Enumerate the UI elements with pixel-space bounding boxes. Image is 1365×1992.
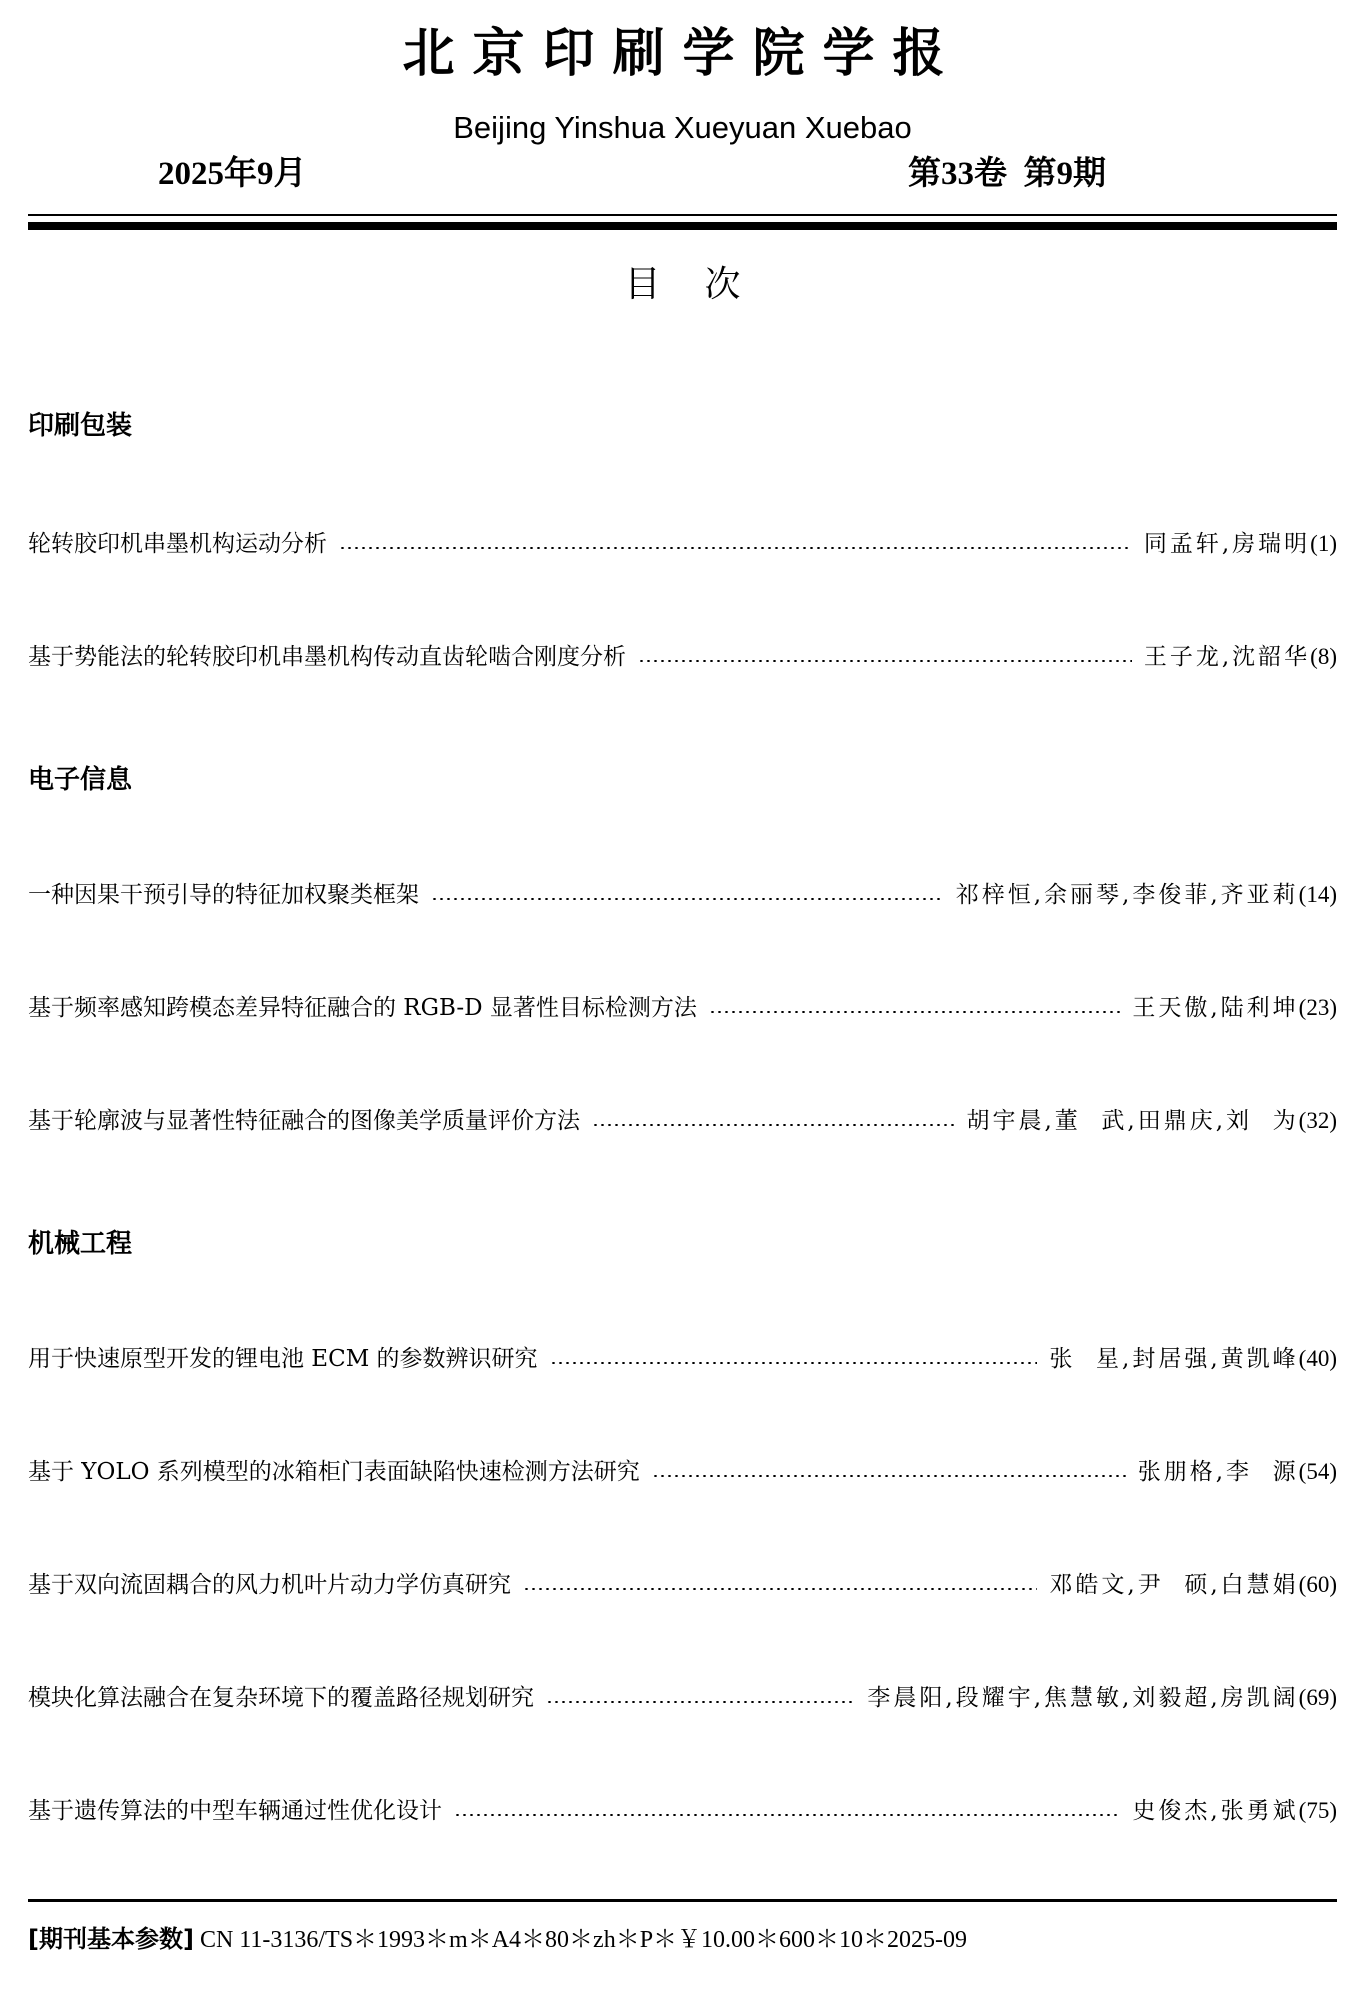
dot-leader [550, 1362, 1038, 1364]
entry-page: (14) [1299, 878, 1337, 912]
entry-authors: 邓皓文,尹 硕,白慧娟 [1049, 1568, 1298, 1602]
entry-authors: 张朋格,李 源 [1138, 1455, 1299, 1489]
toc-entry[interactable]: 轮转胶印机串墨机构运动分析 同孟轩,房瑞明 (1) [28, 527, 1337, 561]
issue-date: 2025年9月 [158, 152, 307, 196]
dot-leader [546, 1701, 855, 1703]
footer-rule [28, 1899, 1337, 1902]
entry-page: (32) [1299, 1104, 1337, 1138]
journal-title: 北京印刷学院学报 [0, 22, 1365, 86]
entry-authors: 李晨阳,段耀宇,焦慧敏,刘毅超,房凯阔 [867, 1681, 1298, 1715]
entry-page: (69) [1299, 1681, 1337, 1715]
entry-title[interactable]: 用于快速原型开发的锂电池 ECM 的参数辨识研究 [28, 1342, 538, 1376]
volume-issue: 第33卷 第9期 [908, 152, 1106, 196]
entry-title[interactable]: 基于频率感知跨模态差异特征融合的 RGB-D 显著性目标检测方法 [28, 991, 697, 1025]
dot-leader [709, 1011, 1121, 1013]
entry-authors: 王天傲,陆利坤 [1132, 991, 1298, 1025]
toc-entry[interactable]: 基于遗传算法的中型车辆通过性优化设计 史俊杰,张勇斌 (75) [28, 1794, 1337, 1828]
dot-leader [592, 1124, 954, 1126]
entry-title[interactable]: 基于势能法的轮转胶印机串墨机构传动直齿轮啮合刚度分析 [28, 640, 626, 674]
toc-entry[interactable]: 基于双向流固耦合的风力机叶片动力学仿真研究 邓皓文,尹 硕,白慧娟 (60) [28, 1568, 1337, 1602]
dot-leader [523, 1588, 1037, 1590]
entry-title[interactable]: 基于轮廓波与显著性特征融合的图像美学质量评价方法 [28, 1104, 580, 1138]
entry-authors: 同孟轩,房瑞明 [1144, 527, 1310, 561]
toc-entry[interactable]: 基于 YOLO 系列模型的冰箱柜门表面缺陷快速检测方法研究 张朋格,李 源 (5… [28, 1455, 1337, 1489]
entry-title[interactable]: 基于 YOLO 系列模型的冰箱柜门表面缺陷快速检测方法研究 [28, 1455, 640, 1489]
entry-title[interactable]: 基于遗传算法的中型车辆通过性优化设计 [28, 1794, 442, 1828]
entry-page: (60) [1299, 1568, 1337, 1602]
section-label-electronic-information: 电子信息 [28, 764, 132, 796]
toc-entry[interactable]: 用于快速原型开发的锂电池 ECM 的参数辨识研究 张 星,封居强,黄凯峰 (40… [28, 1342, 1337, 1376]
toc-entry[interactable]: 模块化算法融合在复杂环境下的覆盖路径规划研究 李晨阳,段耀宇,焦慧敏,刘毅超,房… [28, 1681, 1337, 1715]
journal-subtitle: Beijing Yinshua Xueyuan Xuebao [0, 108, 1365, 148]
toc-entry[interactable]: 一种因果干预引导的特征加权聚类框架 祁梓恒,余丽琴,李俊菲,齐亚莉 (14) [28, 878, 1337, 912]
toc-entry[interactable]: 基于轮廓波与显著性特征融合的图像美学质量评价方法 胡宇晨,董 武,田鼎庆,刘 为… [28, 1104, 1337, 1138]
section-label-printing-packaging: 印刷包装 [28, 410, 132, 442]
entry-page: (40) [1299, 1342, 1337, 1376]
section-label-mechanical-engineering: 机械工程 [28, 1228, 132, 1260]
toc-entry[interactable]: 基于频率感知跨模态差异特征融合的 RGB-D 显著性目标检测方法 王天傲,陆利坤… [28, 991, 1337, 1025]
entry-title[interactable]: 模块化算法融合在复杂环境下的覆盖路径规划研究 [28, 1681, 534, 1715]
entry-page: (1) [1310, 527, 1337, 561]
journal-parameters: [期刊基本参数] CN 11-3136/TS＊1993＊m＊A4＊80＊zh＊P… [28, 1922, 967, 1957]
entry-title[interactable]: 基于双向流固耦合的风力机叶片动力学仿真研究 [28, 1568, 511, 1602]
entry-authors: 祁梓恒,余丽琴,李俊菲,齐亚莉 [956, 878, 1299, 912]
dot-leader [638, 660, 1132, 662]
toc-entry[interactable]: 基于势能法的轮转胶印机串墨机构传动直齿轮啮合刚度分析 王子龙,沈韶华 (8) [28, 640, 1337, 674]
entry-authors: 胡宇晨,董 武,田鼎庆,刘 为 [966, 1104, 1298, 1138]
dot-leader [454, 1814, 1120, 1816]
entry-title[interactable]: 轮转胶印机串墨机构运动分析 [28, 527, 327, 561]
header-rule-thin [28, 214, 1337, 216]
entry-title[interactable]: 一种因果干预引导的特征加权聚类框架 [28, 878, 419, 912]
parameters-label: [期刊基本参数] [28, 1925, 194, 1953]
dot-leader [339, 547, 1132, 549]
entry-page: (8) [1310, 640, 1337, 674]
entry-page: (75) [1299, 1794, 1337, 1828]
toc-heading: 目次 [0, 262, 1365, 308]
header-rule-thick [28, 222, 1337, 230]
parameters-value: CN 11-3136/TS＊1993＊m＊A4＊80＊zh＊P＊￥10.00＊6… [194, 1927, 967, 1953]
entry-authors: 张 星,封居强,黄凯峰 [1049, 1342, 1298, 1376]
entry-page: (54) [1299, 1455, 1337, 1489]
entry-authors: 王子龙,沈韶华 [1144, 640, 1310, 674]
dot-leader [431, 898, 944, 900]
dot-leader [652, 1475, 1126, 1477]
entry-page: (23) [1299, 991, 1337, 1025]
entry-authors: 史俊杰,张勇斌 [1132, 1794, 1298, 1828]
